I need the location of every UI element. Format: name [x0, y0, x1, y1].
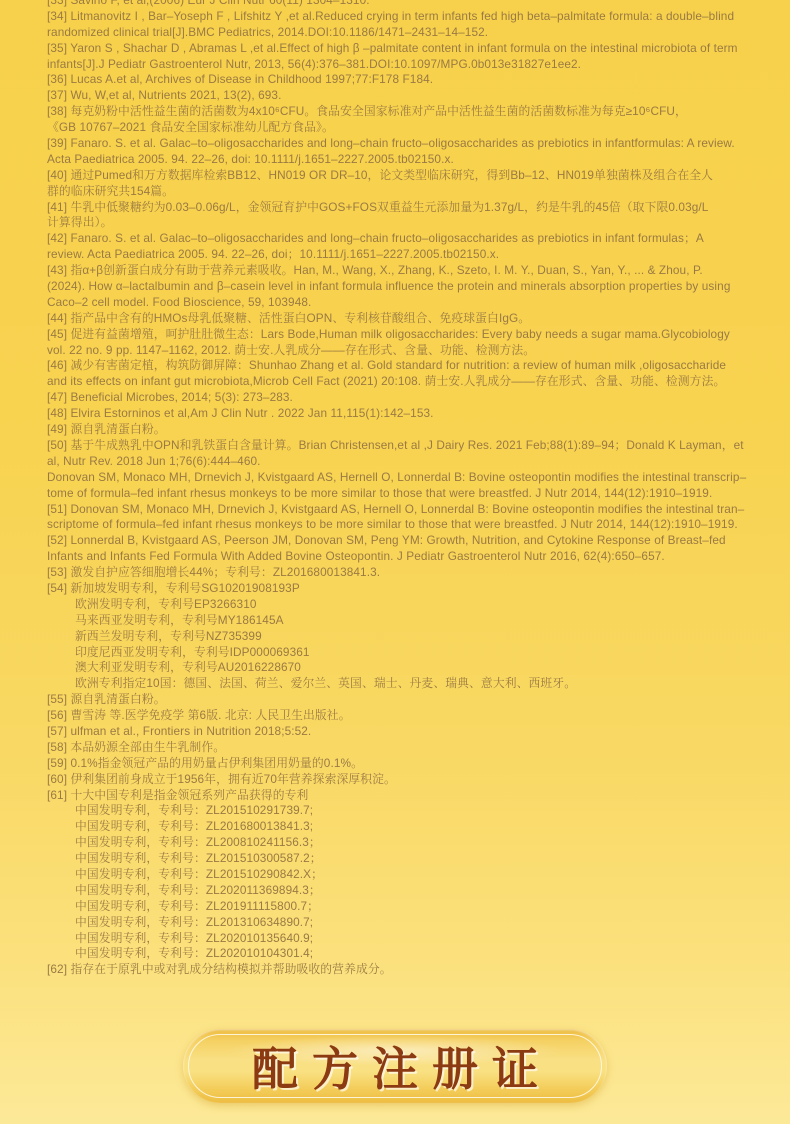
footnote-line: [39] Fanaro. S. et al. Galac–to–oligosac…: [47, 136, 786, 152]
footnote-line: [58] 本品奶源全部由生牛乳制作。: [47, 740, 786, 756]
footnote-line: [52] Lonnerdal B, Kvistgaard AS, Peerson…: [47, 533, 786, 549]
footnote-line: Infants and Infants Fed Formula With Add…: [47, 549, 786, 565]
footnote-line: Donovan SM, Monaco MH, Drnevich J, Kvist…: [47, 470, 786, 486]
footnote-line: [60] 伊利集团前身成立于1956年，拥有近70年营养探索深厚积淀。: [47, 772, 786, 788]
footnote-line: scriptome of formula–fed infant rhesus m…: [47, 517, 786, 533]
footnote-line: 印度尼西亚发明专利，专利号IDP000069361: [47, 645, 786, 661]
footnote-line: Caco–2 cell model. Food Bioscience, 59, …: [47, 295, 786, 311]
footnote-line: [62] 指存在于原乳中或对乳成分结构模拟并帮助吸收的营养成分。: [47, 962, 786, 978]
footnote-line: 中国发明专利，专利号：ZL201911115800.7；: [47, 899, 786, 915]
footnote-line: [55] 源自乳清蛋白粉。: [47, 692, 786, 708]
footnote-line: [42] Fanaro. S. et al. Galac–to–oligosac…: [47, 231, 786, 247]
footnote-line: 欧洲专利指定10国：德国、法国、荷兰、爱尔兰、英国、瑞士、丹麦、瑞典、意大利、西…: [47, 676, 786, 692]
footnote-line: vol. 22 no. 9 pp. 1147–1162, 2012. 荫士安.人…: [47, 343, 786, 359]
footnote-line: 中国发明专利，专利号：ZL201510290842.X；: [47, 867, 786, 883]
footnote-line: randomized clinical trial[J].BMC Pediatr…: [47, 25, 786, 41]
footnote-line: Acta Paediatrica 2005. 94. 22–26, doi: 1…: [47, 152, 786, 168]
footnote-line: 计算得出）。: [47, 215, 786, 231]
footnote-line: [57] ulfman et al., Frontiers in Nutriti…: [47, 724, 786, 740]
footnote-line: [41] 牛乳中低聚糖约为0.03–0.06g/L，金领冠育护中GOS+FOS双…: [47, 200, 786, 216]
footnote-line: [34] Litmanovitz I , Bar–Yoseph F , Lifs…: [47, 9, 786, 25]
footnote-line: review. Acta Paediatrica 2005. 94. 22–26…: [47, 247, 786, 263]
footnote-line: 欧洲发明专利，专利号EP3266310: [47, 597, 786, 613]
formula-registration-certificate-button[interactable]: 配方注册证: [183, 1029, 607, 1103]
footnote-line: 中国发明专利，专利号：ZL201510300587.2；: [47, 851, 786, 867]
footnote-line: [59] 0.1%指金领冠产品的用奶量占伊利集团用奶量的0.1%。: [47, 756, 786, 772]
footnote-line: [38] 每克奶粉中活性益生菌的活菌数为4x10⁶CFU。食品安全国家标准对产品…: [47, 104, 786, 120]
footnote-line: 中国发明专利，专利号：ZL200810241156.3；: [47, 835, 786, 851]
footnote-line: [46] 减少有害菌定植，构筑防御屏障：Shunhao Zhang et al.…: [47, 358, 786, 374]
footnote-line: (2024). How α–lactalbumin and β–casein l…: [47, 279, 786, 295]
footnote-line: [37] Wu, W,et al, Nutrients 2021, 13(2),…: [47, 88, 786, 104]
footnote-line: 中国发明专利，专利号：ZL202010135640.9;: [47, 931, 786, 947]
footnote-line: 中国发明专利，专利号：ZL202011369894.3；: [47, 883, 786, 899]
footnote-line: [45] 促进有益菌增殖，呵护肚肚微生态：Lars Bode,Human mil…: [47, 327, 786, 343]
footnote-line: [53] 激发自护应答细胞增长44%；专利号：ZL201680013841.3.: [47, 565, 786, 581]
footnote-line: 新西兰发明专利，专利号NZ735399: [47, 629, 786, 645]
formula-registration-certificate-label: 配方注册证: [252, 1033, 552, 1099]
footnote-line: tome of formula–fed infant rhesus monkey…: [47, 486, 786, 502]
footnote-line: [48] Elvira Estorninos et al,Am J Clin N…: [47, 406, 786, 422]
footnote-line: 马来西亚发明专利，专利号MY186145A: [47, 613, 786, 629]
footnote-line: [33] Savino F, et al,(2006) Eur J Clin N…: [47, 0, 786, 9]
footnote-line: [35] Yaron S , Shachar D , Abramas L ,et…: [47, 41, 786, 57]
footnote-line: [61] 十大中国专利是指金领冠系列产品获得的专利: [47, 788, 786, 804]
footnote-line: al, Nutr Rev. 2018 Jun 1;76(6):444–460.: [47, 454, 786, 470]
footnote-line: 中国发明专利，专利号：ZL202010104301.4;: [47, 946, 786, 962]
footnote-line: [40] 通过Pumed和万方数据库检索BB12、HN019 OR DR–10，…: [47, 168, 786, 184]
footnote-line: 中国发明专利，专利号：ZL201510291739.7;: [47, 803, 786, 819]
footnote-line: 《GB 10767–2021 食品安全国家标准幼儿配方食品》。: [47, 120, 786, 136]
footnote-line: 中国发明专利，专利号：ZL201680013841.3;: [47, 819, 786, 835]
footnote-line: [43] 指α+β创新蛋白成分有助于营养元素吸收。Han, M., Wang, …: [47, 263, 786, 279]
footnote-line: [56] 曹雪涛 等.医学免疫学 第6版. 北京: 人民卫生出版社。: [47, 708, 786, 724]
cta-section: 配方注册证: [0, 1029, 790, 1103]
footnote-line: and its effects on infant gut microbiota…: [47, 374, 786, 390]
references-footnotes-list: [33] Savino F, et al,(2006) Eur J Clin N…: [47, 0, 786, 978]
footnote-line: [50] 基于牛成熟乳中OPN和乳铁蛋白含量计算。Brian Christens…: [47, 438, 786, 454]
footnote-line: [44] 指产品中含有的HMOs母乳低聚糖、活性蛋白OPN、专利核苷酸组合、免疫…: [47, 311, 786, 327]
footnote-line: [47] Beneficial Microbes, 2014; 5(3): 27…: [47, 390, 786, 406]
footnote-line: 群的临床研究共154篇。: [47, 184, 786, 200]
footnote-line: [49] 源自乳清蛋白粉。: [47, 422, 786, 438]
footnote-line: [51] Donovan SM, Monaco MH, Drnevich J, …: [47, 502, 786, 518]
footnote-line: 中国发明专利，专利号：ZL201310634890.7;: [47, 915, 786, 931]
footnote-line: [36] Lucas A.et al, Archives of Disease …: [47, 72, 786, 88]
footnote-line: [54] 新加坡发明专利，专利号SG10201908193P: [47, 581, 786, 597]
footnote-line: 澳大利亚发明专利，专利号AU2016228670: [47, 660, 786, 676]
footnote-line: infants[J].J Pediatr Gastroenterol Nutr,…: [47, 57, 786, 73]
